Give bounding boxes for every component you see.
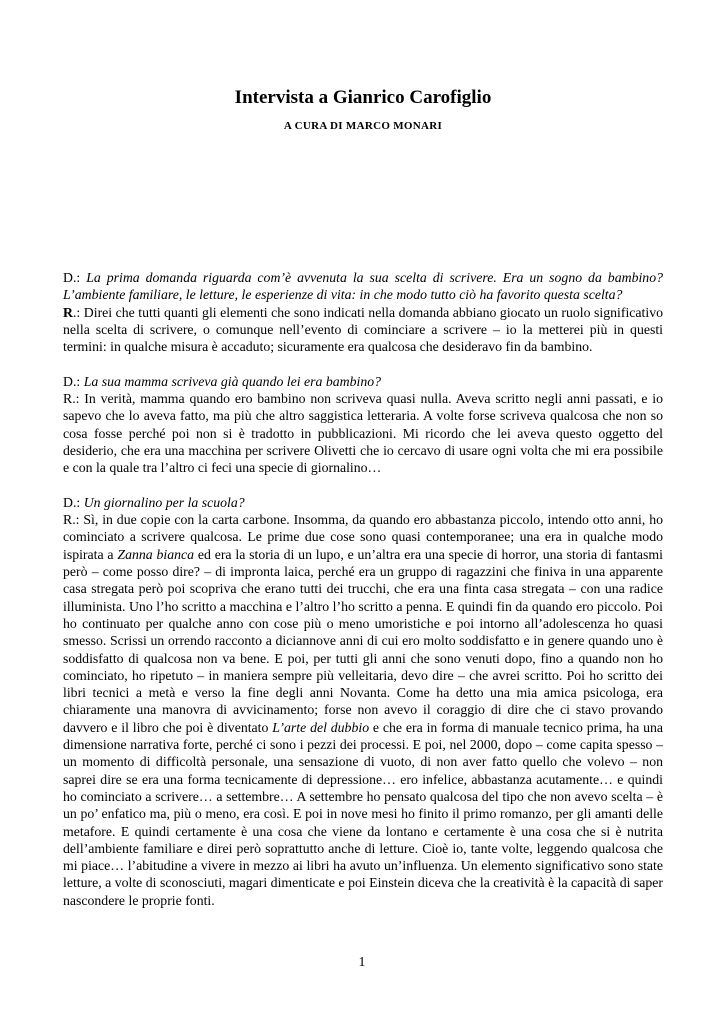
text-segment: R.: In verità, mamma quando ero bambino … <box>63 391 663 475</box>
answer-paragraph: R.: Direi che tutti quanti gli elementi … <box>63 304 663 356</box>
page-content: Intervista a Gianrico Carofiglio A CURA … <box>63 0 663 909</box>
question-paragraph: D.: Un giornalino per la scuola? <box>63 494 663 511</box>
document-page: Intervista a Gianrico Carofiglio A CURA … <box>0 0 724 1024</box>
text-segment: ed era la storia di un lupo, e un’altra … <box>63 547 663 735</box>
question-paragraph: D.: La sua mamma scriveva già quando lei… <box>63 373 663 390</box>
qa-block: D.: La prima domanda riguarda com’è avve… <box>63 269 663 355</box>
text-segment: D.: <box>63 374 84 389</box>
text-segment: e che era in forma di manuale tecnico pr… <box>63 720 663 908</box>
answer-paragraph: R.: Sì, in due copie con la carta carbon… <box>63 511 663 909</box>
question-paragraph: D.: La prima domanda riguarda com’è avve… <box>63 269 663 304</box>
answer-prefix: R <box>63 305 73 320</box>
text-segment: D.: <box>63 270 86 285</box>
question-text: La prima domanda riguarda com’è avvenuta… <box>63 270 663 302</box>
book-title: L’arte del dubbio <box>272 720 369 735</box>
question-text: Un giornalino per la scuola? <box>84 495 245 510</box>
question-text: La sua mamma scriveva già quando lei era… <box>84 374 381 389</box>
interview-body: D.: La prima domanda riguarda com’è avve… <box>63 269 663 909</box>
qa-block: D.: La sua mamma scriveva già quando lei… <box>63 373 663 477</box>
book-title: Zanna bianca <box>117 547 194 562</box>
qa-block: D.: Un giornalino per la scuola?R.: Sì, … <box>63 494 663 909</box>
text-segment: D.: <box>63 495 84 510</box>
text-segment: .: Direi che tutti quanti gli elementi c… <box>63 305 663 355</box>
page-title: Intervista a Gianrico Carofiglio <box>63 86 663 109</box>
answer-paragraph: R.: In verità, mamma quando ero bambino … <box>63 390 663 476</box>
page-number: 1 <box>0 953 724 970</box>
byline: A CURA DI MARCO MONARI <box>63 120 663 133</box>
